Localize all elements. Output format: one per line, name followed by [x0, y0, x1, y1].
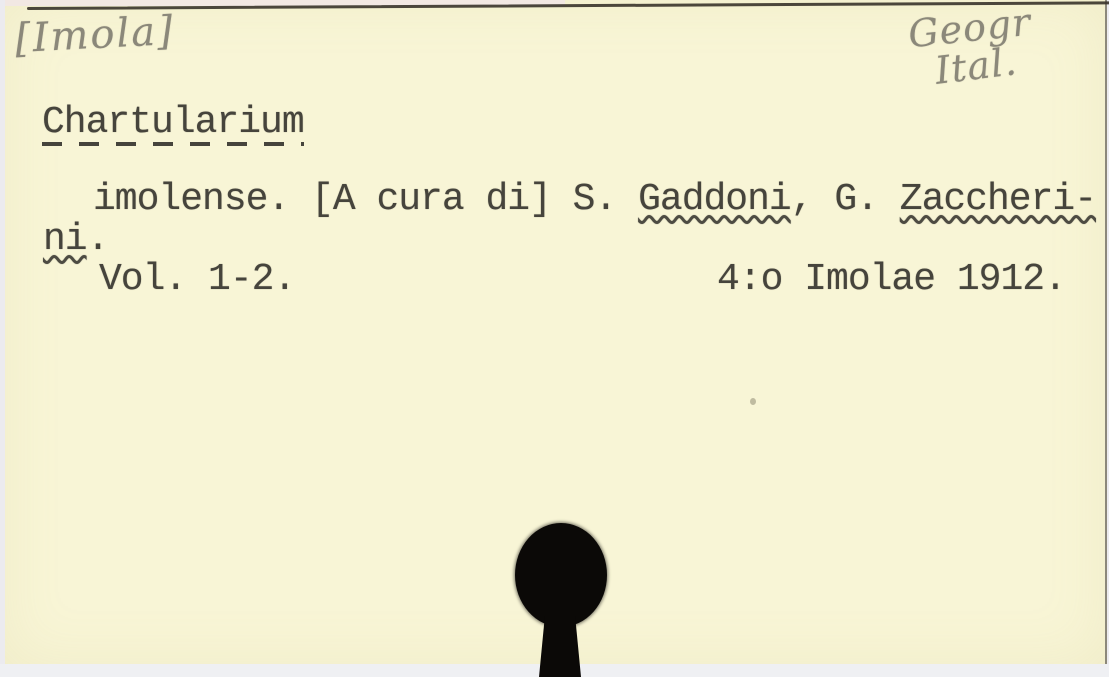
author-name-underlined: Zaccheri-: [900, 178, 1096, 221]
statement-lead: imolense. [A cura di] S.: [93, 178, 638, 221]
volume-statement: Vol. 1-2.: [99, 261, 295, 299]
statement-mid: , G.: [791, 178, 900, 221]
pencil-heading-note: [Imola]: [14, 8, 176, 62]
punch-hole: [515, 523, 607, 627]
carryover-line: ni.: [43, 221, 108, 259]
statement-line: imolense. [A cura di] S. Gaddoni, G. Zac…: [93, 181, 1096, 219]
imprint-statement: 4:o Imolae 1912.: [717, 261, 1066, 299]
scanned-catalog-card: [Imola] Geogr Ital. Chartularium imolens…: [0, 0, 1109, 677]
card-title: Chartularium: [42, 104, 304, 146]
ink-speck: [750, 398, 756, 405]
pencil-subject-note-line2: Ital.: [933, 39, 1020, 93]
author-name-underlined: Gaddoni: [638, 178, 791, 221]
carryover-period: .: [87, 218, 109, 261]
punch-hole-slot: [539, 616, 581, 677]
carryover-underlined: ni: [43, 218, 87, 261]
